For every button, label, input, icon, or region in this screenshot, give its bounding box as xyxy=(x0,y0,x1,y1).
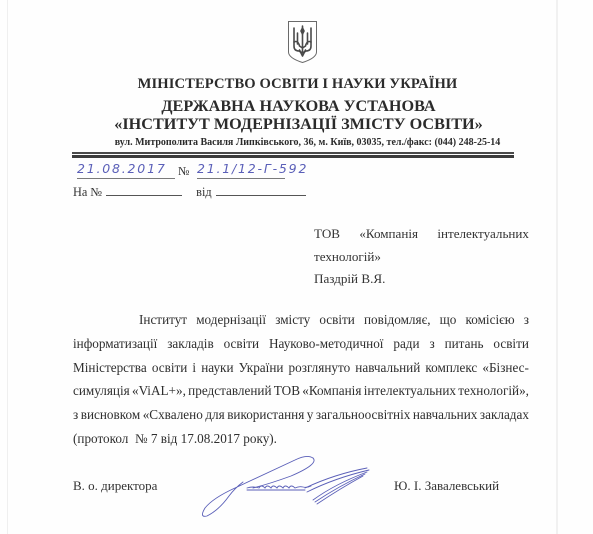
body-word: освіти xyxy=(493,332,529,356)
body-word: висновком xyxy=(81,403,140,427)
recipient-person: Паздрій В.Я. xyxy=(314,268,529,291)
recipient-word: «Компанія xyxy=(359,223,418,246)
institution-title-line1: ДЕРЖАВНА НАУКОВА УСТАНОВА xyxy=(2,97,593,116)
body-word: з xyxy=(524,308,529,332)
body-word: представлений xyxy=(188,379,271,403)
coat-of-arms-icon xyxy=(287,20,318,64)
body-word: Інститут xyxy=(139,308,187,332)
signer-name: Ю. І. Завалевський xyxy=(394,478,499,494)
recipient-word: інтелектуальних xyxy=(437,223,529,246)
body-word: закладах xyxy=(480,403,529,427)
body-word: Науково-методичної xyxy=(269,332,383,356)
body-word: технологій», xyxy=(458,379,529,403)
reply-date-label: від xyxy=(196,185,211,199)
body-word: Міністерства xyxy=(73,356,147,380)
body-word: закладів xyxy=(167,332,214,356)
letter-body: Інститут модернізації змісту освіти пові… xyxy=(73,308,529,451)
body-word: повідомляє, xyxy=(364,308,431,332)
body-word: навчальний xyxy=(355,356,420,380)
body-line: (протокол № 7 від 17.08.2017 року). xyxy=(73,427,529,451)
body-word: (протокол № 7 від 17.08.2017 року). xyxy=(73,427,277,451)
body-word: інформатизації xyxy=(73,332,157,356)
body-word: інтелектуальних xyxy=(364,379,456,403)
handwritten-date: 21.08.2017 xyxy=(77,161,175,179)
body-word: і xyxy=(192,356,196,380)
body-word: комісією xyxy=(466,308,515,332)
body-word: з xyxy=(429,332,434,356)
letter-page: МІНІСТЕРСТВО ОСВІТИ І НАУКИ УКРАЇНИ ДЕРЖ… xyxy=(0,0,593,534)
body-word: освіти xyxy=(224,332,260,356)
recipient-line-1: ТОВ «Компанія інтелектуальних xyxy=(314,223,529,246)
body-word: комплекс xyxy=(425,356,477,380)
institution-title-line2: «ІНСТИТУТ МОДЕРНІЗАЦІЇ ЗМІСТУ ОСВІТИ» xyxy=(2,115,593,134)
institution-address: вул. Митрополита Василя Липківського, 36… xyxy=(11,137,593,148)
body-word: модернізації xyxy=(196,308,266,332)
body-word: навчальних xyxy=(413,403,478,427)
recipient-block: ТОВ «Компанія інтелектуальних технологій… xyxy=(314,223,529,291)
body-word: освіти xyxy=(152,356,188,380)
reply-number-blank xyxy=(106,185,182,196)
body-word: ради xyxy=(393,332,419,356)
body-word: змісту xyxy=(275,308,310,332)
handwritten-reg-number: 21.1/12-Г-592 xyxy=(197,161,285,179)
body-line: Інститут модернізації змісту освіти пові… xyxy=(73,308,529,332)
body-word: науки xyxy=(201,356,233,380)
body-word: України xyxy=(239,356,284,380)
body-word: що xyxy=(440,308,457,332)
recipient-line-2: технологій» xyxy=(314,246,529,269)
body-word: питань xyxy=(445,332,484,356)
body-word: для xyxy=(205,403,224,427)
reply-number-label: На № xyxy=(73,185,102,199)
signer-position: В. о. директора xyxy=(73,478,157,494)
body-word: «ViAL+», xyxy=(132,379,186,403)
reply-reference: На №від xyxy=(73,185,306,200)
body-word: симуляція xyxy=(73,379,130,403)
body-line: Міністерства освіти і науки України розг… xyxy=(73,356,529,380)
header-separator-thick xyxy=(72,155,514,158)
body-line: симуляція «ViAL+», представлений ТОВ «Ко… xyxy=(73,379,529,403)
body-word: «Бізнес- xyxy=(482,356,529,380)
reply-date-blank xyxy=(216,185,306,196)
recipient-word: ТОВ xyxy=(314,223,340,246)
body-line: з висновком «Схвалено для використання у… xyxy=(73,403,529,427)
header-separator-thin xyxy=(72,152,514,154)
body-word: з xyxy=(73,403,78,427)
number-sign: № xyxy=(178,164,189,179)
body-word: у xyxy=(307,403,314,427)
body-word: загальноосвітніх xyxy=(316,403,410,427)
handwritten-signature xyxy=(195,452,375,524)
body-word: використання xyxy=(227,403,304,427)
body-word: освіти xyxy=(319,308,355,332)
body-line: інформатизації закладів освіти Науково-м… xyxy=(73,332,529,356)
body-word: «Компанія xyxy=(302,379,361,403)
body-word: розглянуто xyxy=(289,356,351,380)
ministry-title: МІНІСТЕРСТВО ОСВІТИ І НАУКИ УКРАЇНИ xyxy=(1,76,593,93)
body-word: ТОВ xyxy=(274,379,300,403)
body-word: «Схвалено xyxy=(143,403,203,427)
